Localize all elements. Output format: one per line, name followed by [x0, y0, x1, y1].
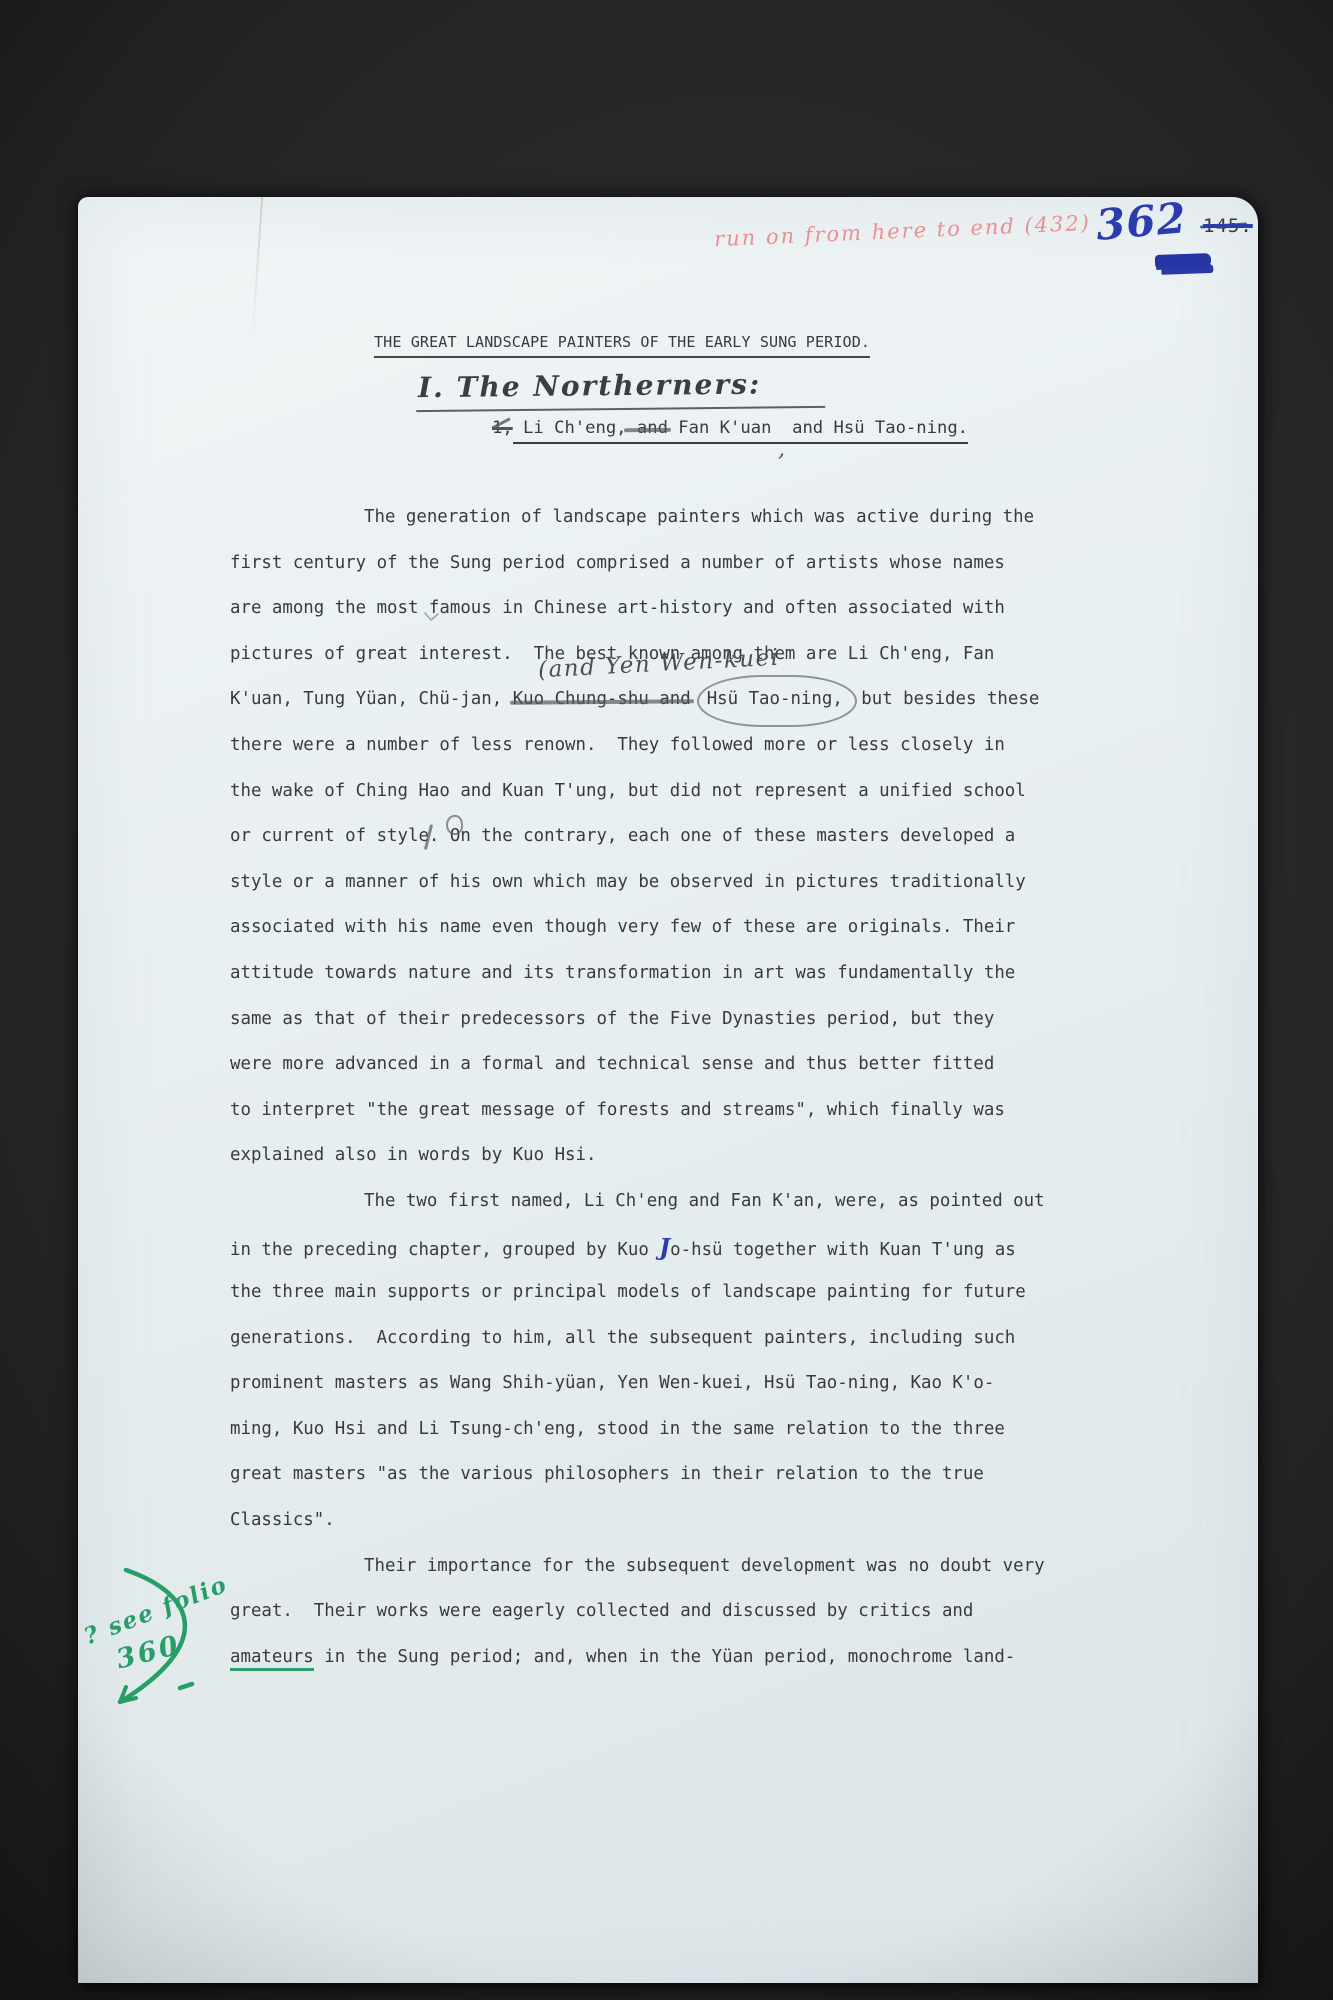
body-segment: o-hsü together with Kuan T'ung as: [670, 1240, 1016, 1260]
section-heading-handwritten: I. The Northerners:: [416, 367, 826, 412]
body-line-with-corrections: K'uan, Tung Yüan, Chü-jan, Kuo Chung-shu…: [230, 677, 1040, 723]
red-pencil-annotation: run on from here to end (432): [714, 211, 1092, 251]
subtitle-part2: Fan K'uan and Hsü Tao-ning.: [668, 418, 968, 438]
body-line: the three main supports or principal mod…: [230, 1270, 1040, 1316]
body-line: The two first named, Li Ch'eng and Fan K…: [230, 1179, 1040, 1225]
circled-text: Hsü Tao-ning,: [697, 675, 857, 727]
body-line: prominent masters as Wang Shih-yüan, Yen…: [230, 1361, 1040, 1407]
body-segment: in the preceding chapter, grouped by Kuo: [230, 1240, 659, 1260]
subtitle-underlined: Li Ch'eng, and Fan K'uan and Hsü Tao-nin…: [513, 418, 968, 444]
body-line: The generation of landscape painters whi…: [230, 495, 1040, 541]
body-line: same as that of their predecessors of th…: [230, 997, 1040, 1043]
body-line: were more advanced in a formal and techn…: [230, 1042, 1040, 1088]
blue-ink-blot: [1155, 253, 1211, 268]
blue-ink-letter: J: [659, 1234, 670, 1261]
body-line: explained also in words by Kuo Hsi.: [230, 1133, 1040, 1179]
subtitle-struck-and: and: [627, 418, 668, 438]
body-line: Classics".: [230, 1498, 1040, 1544]
body-line: to interpret "the great message of fores…: [230, 1088, 1040, 1134]
struck-text: Kuo Chung-shu and: [513, 689, 691, 709]
body-text: The generation of landscape painters whi…: [230, 495, 1040, 1680]
body-line-with-blue-correction: in the preceding chapter, grouped by Kuo…: [230, 1225, 1040, 1271]
body-line: ming, Kuo Hsi and Li Tsung-ch'eng, stood…: [230, 1407, 1040, 1453]
pencil-comma-mark: ,: [778, 437, 785, 462]
document-title: THE GREAT LANDSCAPE PAINTERS OF THE EARL…: [374, 333, 870, 358]
body-segment: but besides these: [851, 689, 1039, 709]
body-segment: in the Sung period; and, when in the Yüa…: [314, 1647, 1016, 1667]
body-line: generations. According to him, all the s…: [230, 1316, 1040, 1362]
folio-number-handwritten: 362: [1094, 193, 1189, 250]
photo-background: { "annotations": { "red_note": "run on f…: [0, 0, 1333, 2000]
body-line: Their importance for the subsequent deve…: [230, 1544, 1040, 1590]
paper-crease: [251, 197, 263, 347]
caret-mark: [424, 611, 438, 621]
body-line-green-underline: amateurs in the Sung period; and, when i…: [230, 1635, 1040, 1681]
body-line: great. Their works were eagerly collecte…: [230, 1589, 1040, 1635]
body-line: great masters "as the various philosophe…: [230, 1452, 1040, 1498]
document-paper: run on from here to end (432) 362 145. T…: [78, 197, 1258, 1983]
body-line: the wake of Ching Hao and Kuan T'ung, bu…: [230, 769, 1040, 815]
body-line: there were a number of less renown. They…: [230, 723, 1040, 769]
body-line: first century of the Sung period compris…: [230, 541, 1040, 587]
subtitle-line: 1, Li Ch'eng, and Fan K'uan and Hsü Tao-…: [492, 418, 968, 438]
body-line: style or a manner of his own which may b…: [230, 860, 1040, 906]
body-line: or current of style. On the contrary, ea…: [230, 814, 1040, 860]
folio-number-typed-struck: 145.: [1203, 215, 1253, 237]
struck-number: 1,: [492, 418, 513, 438]
body-line: are among the most famous in Chinese art…: [230, 586, 1040, 632]
subtitle-part1: Li Ch'eng,: [513, 418, 627, 438]
green-underlined-word: amateurs: [230, 1647, 314, 1671]
body-line: attitude towards nature and its transfor…: [230, 951, 1040, 997]
body-segment: K'uan, Tung Yüan, Chü-jan,: [230, 689, 513, 709]
body-line: associated with his name even though ver…: [230, 905, 1040, 951]
